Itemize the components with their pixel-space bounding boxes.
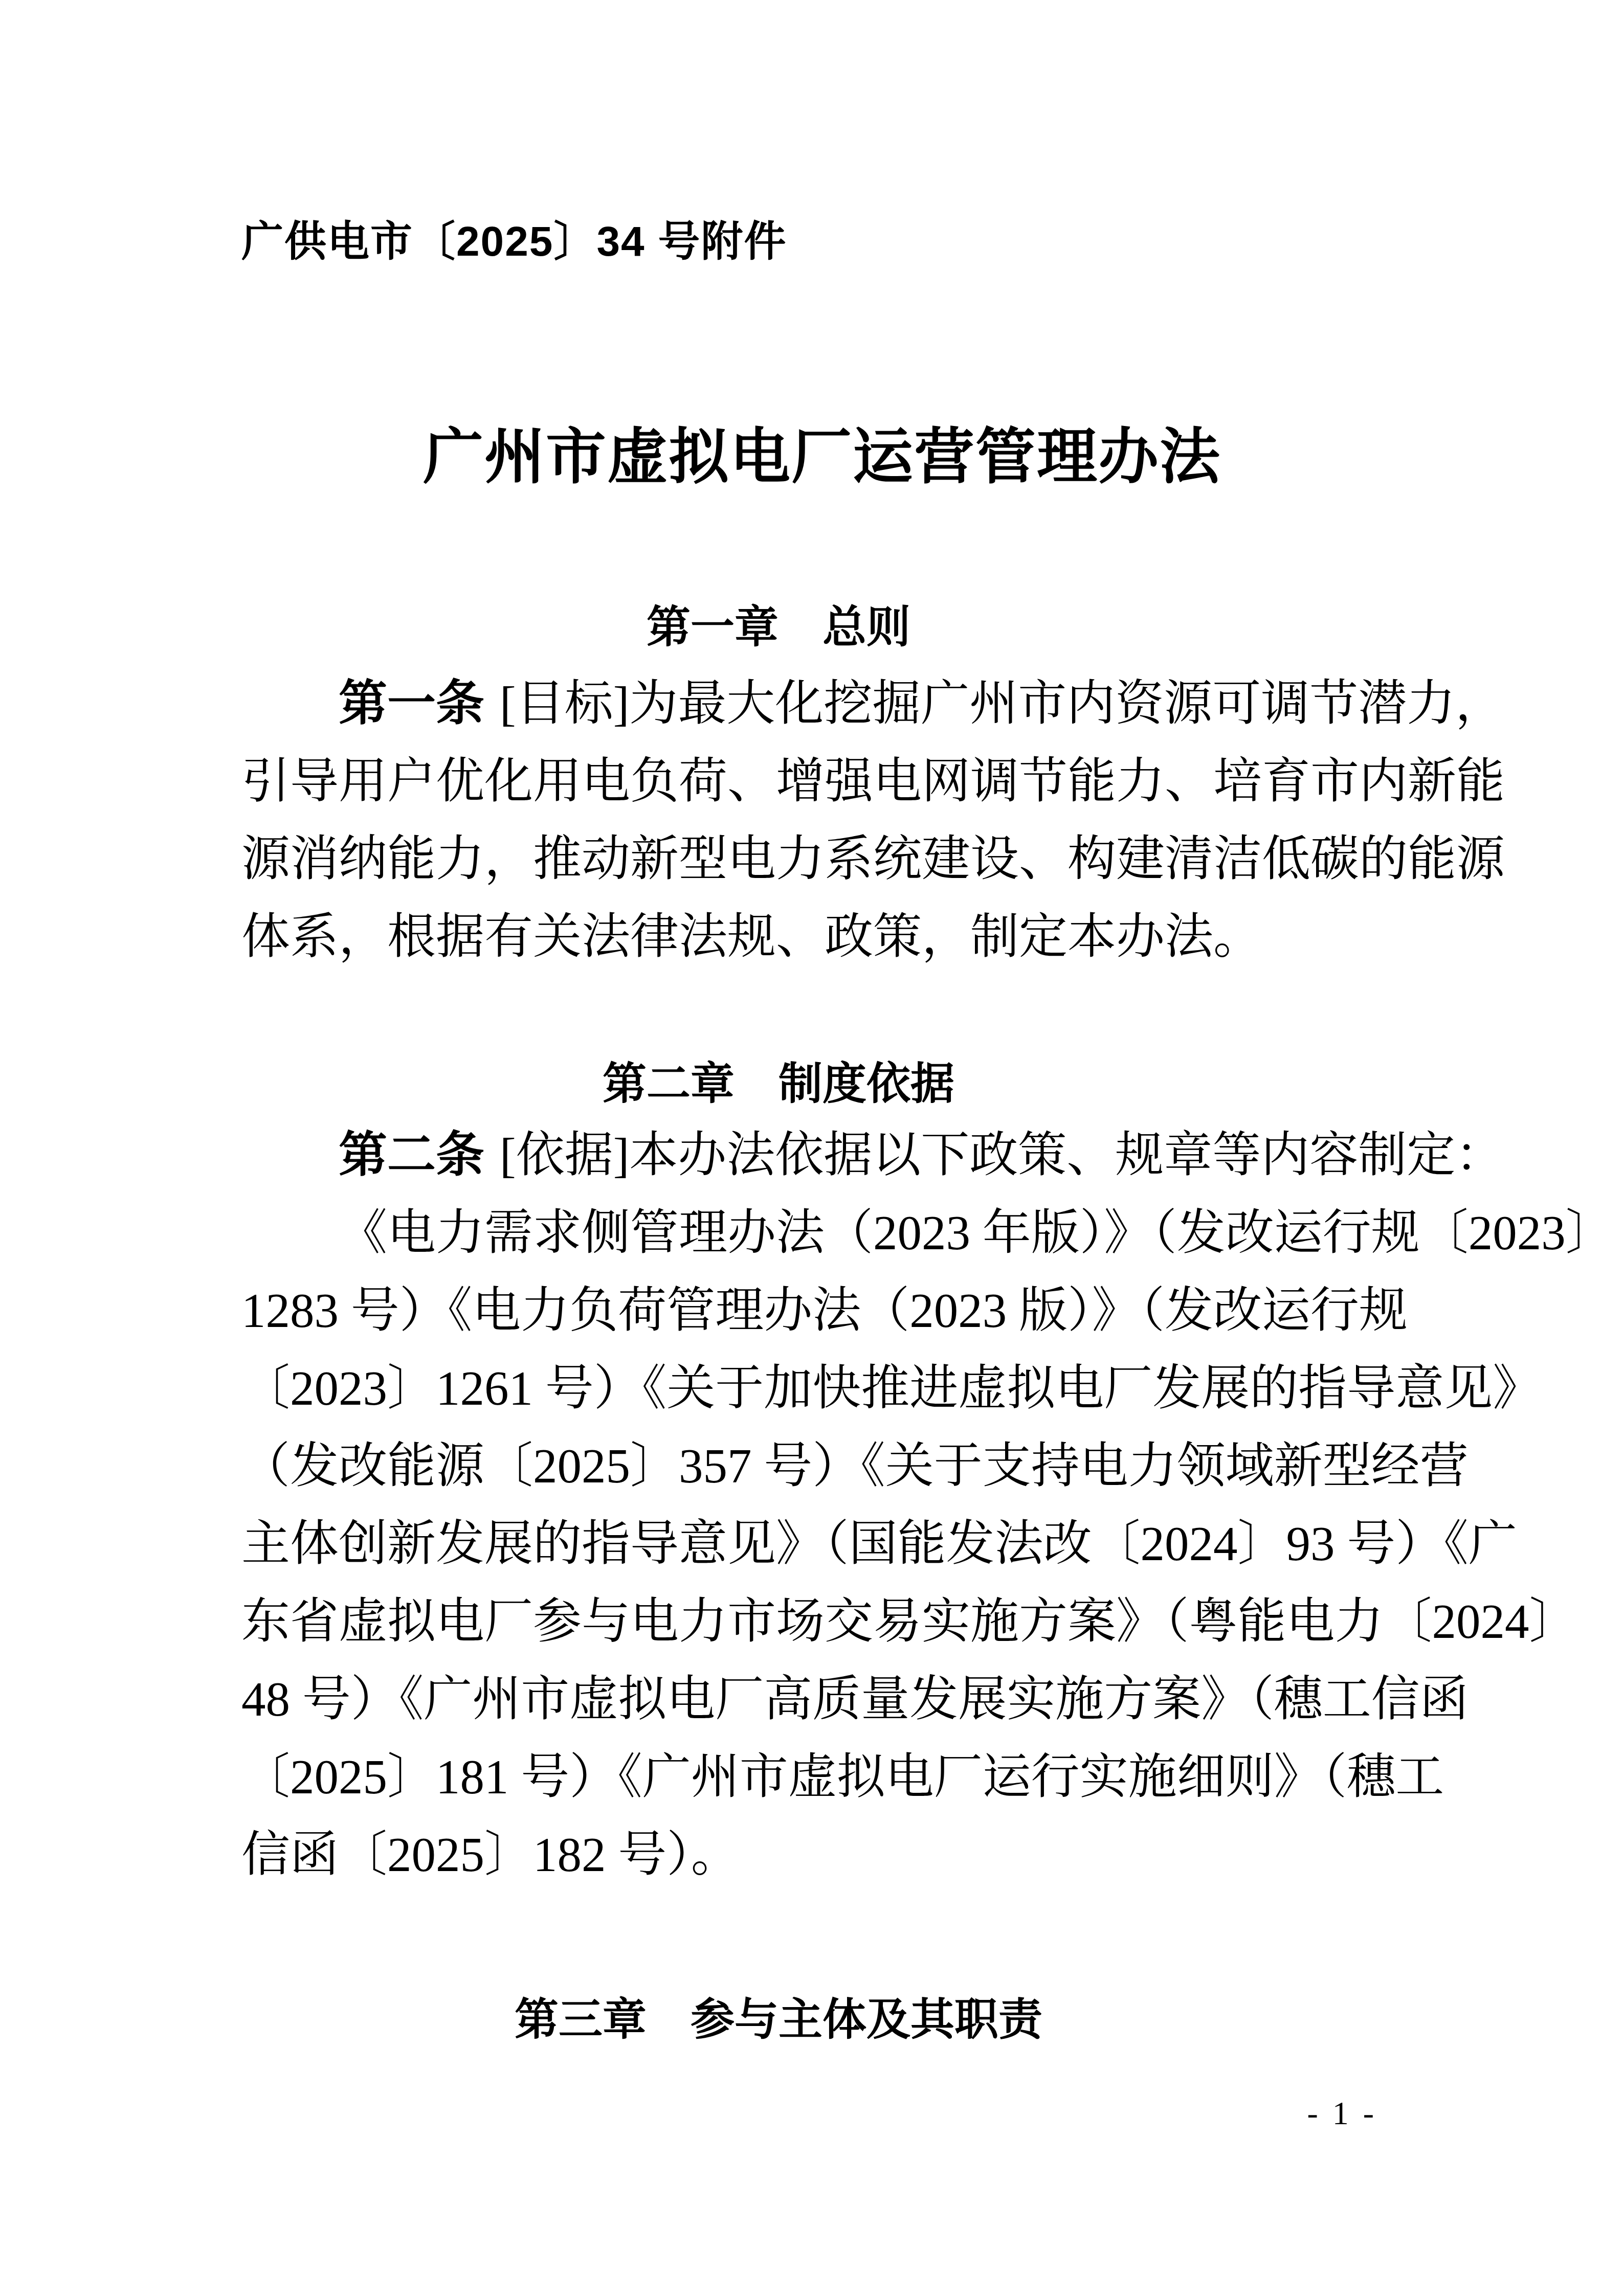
text-line: 〔2025〕181 号）《广州市虚拟电厂运行实施细则》（穗工 [241,1738,1403,1816]
text-line: 源消纳能力，推动新型电力系统建设、构建清洁低碳的能源 [241,820,1403,898]
text-line: 体系，根据有关法律法规、政策，制定本办法。 [241,898,1403,976]
page-body: 广供电市〔2025〕34 号附件 广州市虚拟电厂运营管理办法 第一章 总则第一条… [0,0,1624,2136]
text-line: 第一条[目标]为最大化挖掘广州市内资源可调节潜力， [241,665,1403,742]
chapter-heading: 第三章 参与主体及其职责 [198,1988,1359,2052]
article-number: 第二条 [339,1128,484,1182]
text-line: 《电力需求侧管理办法（2023 年版）》（发改运行规〔2023〕 [241,1194,1403,1272]
document-content: 第一章 总则第一条[目标]为最大化挖掘广州市内资源可调节潜力，引导用户优化用电负… [241,596,1403,2052]
text-line: 〔2023〕1261 号）《关于加快推进虚拟电厂发展的指导意见》 [241,1349,1403,1427]
chapter-heading: 第二章 制度依据 [198,1052,1359,1116]
text-line: 东省虚拟电厂参与电力市场交易实施方案》（粤能电力〔2024〕 [241,1583,1403,1660]
text-line: 48 号）《广州市虚拟电厂高质量发展实施方案》（穗工信函 [241,1660,1403,1738]
article-number: 第一条 [339,677,484,731]
page-number: - 1 - [241,2090,1403,2136]
line-text: [依据]本办法依据以下政策、规章等内容制定： [500,1128,1504,1182]
text-line: 主体创新发展的指导意见》（国能发法改〔2024〕93 号）《广 [241,1505,1403,1583]
doc-number: 广供电市〔2025〕34 号附件 [241,212,1403,271]
text-line: 1283 号）《电力负荷管理办法（2023 版）》（发改运行规 [241,1272,1403,1349]
text-line: 引导用户优化用电负荷、增强电网调节能力、培育市内新能 [241,742,1403,820]
line-text: [目标]为最大化挖掘广州市内资源可调节潜力， [500,677,1504,731]
text-line: （发改能源〔2025〕357 号）《关于支持电力领域新型经营 [241,1427,1403,1505]
text-line: 第二条[依据]本办法依据以下政策、规章等内容制定： [241,1116,1403,1194]
document-page: 广供电市〔2025〕34 号附件 广州市虚拟电厂运营管理办法 第一章 总则第一条… [0,0,1624,2296]
chapter-heading: 第一章 总则 [198,596,1359,660]
document-title: 广州市虚拟电厂运营管理办法 [241,419,1403,496]
text-line: 信函〔2025〕182 号）。 [241,1816,1403,1894]
